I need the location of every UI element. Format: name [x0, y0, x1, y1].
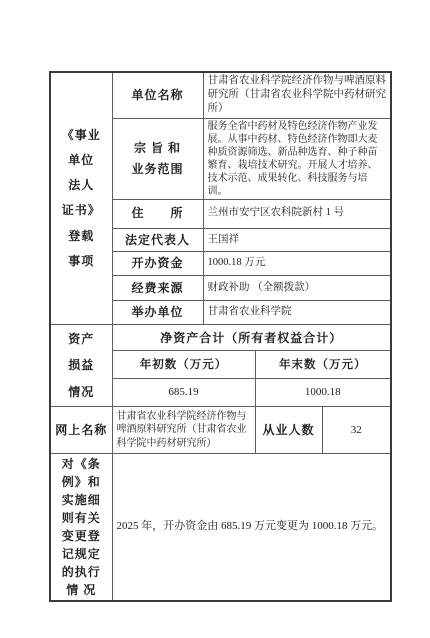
- registration-report-table: 《事业 单位 法人 证书》 登载 事项 单位名称 甘肃省农业科学院经济作物与啤酒…: [49, 71, 392, 602]
- table-row: 《事业 单位 法人 证书》 登载 事项 单位名称 甘肃省农业科学院经济作物与啤酒…: [50, 72, 391, 118]
- field-value-purpose-scope: 服务全省中药材及特色经济作物产业发展。从事中药材、特色经济作物即大麦种质资源筛选…: [203, 118, 391, 199]
- compliance-section-side-label: 对《条 例》和 实施细 则有关 变更登 记规定 的执行 情 况: [50, 454, 112, 602]
- field-value-opening-capital: 1000.18 万元: [203, 251, 391, 275]
- table-row: 对《条 例》和 实施细 则有关 变更登 记规定 的执行 情 况 2025 年，开…: [50, 454, 391, 602]
- table-row: 网上名称 甘肃省农业科学院经济作物与啤酒原料研究所（甘肃省农业科学院中药材研究所…: [50, 407, 391, 454]
- field-label-organizer: 举办单位: [112, 300, 203, 324]
- field-value-funding-source: 财政补助 （全额拨款）: [203, 275, 391, 300]
- employees-label: 从业人数: [255, 407, 322, 454]
- assets-section-side-label: 资产 损益 情况: [50, 324, 112, 406]
- field-label-legal-representative: 法定代表人: [112, 228, 203, 251]
- field-label-opening-capital: 开办资金: [112, 251, 203, 275]
- field-label-address: 住 所: [112, 199, 203, 228]
- online-name-value: 甘肃省农业科学院经济作物与啤酒原料研究所（甘肃省农业科学院中药材研究所）: [112, 407, 255, 454]
- field-value-address: 兰州市安宁区农科院新村 1 号: [203, 199, 391, 228]
- certificate-section-side-label: 《事业 单位 法人 证书》 登载 事项: [50, 72, 112, 324]
- field-label-funding-source: 经费来源: [112, 275, 203, 300]
- field-value-organizer: 甘肃省农业科学院: [203, 300, 391, 324]
- field-value-legal-representative: 王国祥: [203, 228, 391, 251]
- year-start-column-header: 年初数（万元）: [112, 350, 255, 378]
- table-row: 资产 损益 情况 净资产合计（所有者权益合计）: [50, 324, 391, 350]
- field-label-unit-name: 单位名称: [112, 72, 203, 118]
- year-start-value: 685.19: [112, 378, 255, 406]
- field-value-unit-name: 甘肃省农业科学院经济作物与啤酒原料研究所（甘肃省农业科学院中药材研究所）: [203, 72, 391, 118]
- net-assets-header: 净资产合计（所有者权益合计）: [112, 324, 391, 350]
- year-end-column-header: 年末数（万元）: [255, 350, 391, 378]
- compliance-statement: 2025 年，开办资金由 685.19 万元变更为 1000.18 万元。: [112, 454, 391, 602]
- field-label-purpose-scope: 宗 旨 和 业务范围: [112, 118, 203, 199]
- employees-value: 32: [322, 407, 391, 454]
- document-page: 《事业 单位 法人 证书》 登载 事项 单位名称 甘肃省农业科学院经济作物与啤酒…: [0, 0, 430, 638]
- online-name-label: 网上名称: [50, 407, 112, 454]
- year-end-value: 1000.18: [255, 378, 391, 406]
